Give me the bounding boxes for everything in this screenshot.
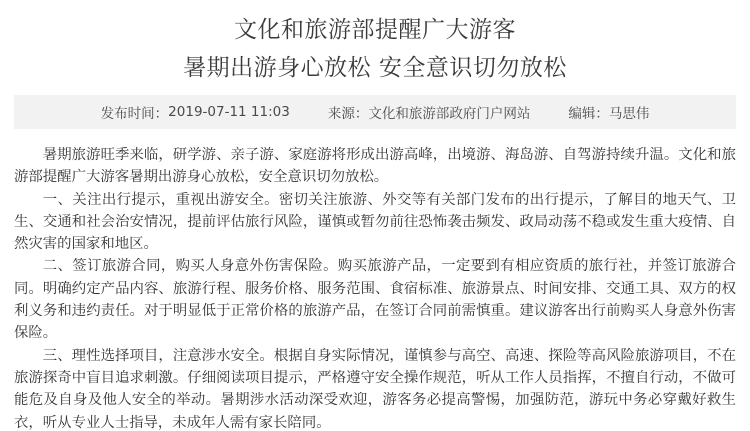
publish-time-label: 发布时间： — [101, 102, 169, 122]
paragraph: 暑期旅游旺季来临，研学游、亲子游、家庭游将形成出游高峰，出境游、海岛游、自驾游持… — [14, 144, 736, 189]
paragraph: 一、关注出行提示，重视出游安全。密切关注旅游、外交等有关部门发布的出行提示，了解… — [14, 189, 736, 256]
page-title: 文化和旅游部提醒广大游客 暑期出游身心放松 安全意识切勿放松 — [0, 0, 750, 87]
meta-bar: 发布时间： 2019-07-11 11:03 来源： 文化和旅游部政府门户网站 … — [14, 95, 736, 129]
paragraph: 三、理性选择项目，注意涉水安全。根据自身实际情况，谨慎参与高空、高速、探险等高风… — [14, 345, 736, 431]
editor-value: 马思伟 — [609, 102, 650, 122]
editor: 编辑： 马思伟 — [568, 102, 649, 122]
article-page: 文化和旅游部提醒广大游客 暑期出游身心放松 安全意识切勿放松 发布时间： 201… — [0, 0, 750, 431]
page-title-line-1: 文化和旅游部提醒广大游客 — [0, 11, 750, 49]
source-value: 文化和旅游部政府门户网站 — [368, 102, 530, 122]
source: 来源： 文化和旅游部政府门户网站 — [328, 102, 531, 122]
source-label: 来源： — [328, 102, 369, 122]
paragraph: 二、签订旅游合同，购买人身意外伤害保险。购买旅游产品，一定要到有相应资质的旅行社… — [14, 255, 736, 344]
page-title-line-2: 暑期出游身心放松 安全意识切勿放松 — [0, 49, 750, 87]
publish-time-value: 2019-07-11 11:03 — [168, 104, 290, 120]
article-body: 暑期旅游旺季来临，研学游、亲子游、家庭游将形成出游高峰，出境游、海岛游、自驾游持… — [14, 144, 736, 431]
editor-label: 编辑： — [568, 102, 609, 122]
publish-time: 发布时间： 2019-07-11 11:03 — [101, 102, 290, 122]
